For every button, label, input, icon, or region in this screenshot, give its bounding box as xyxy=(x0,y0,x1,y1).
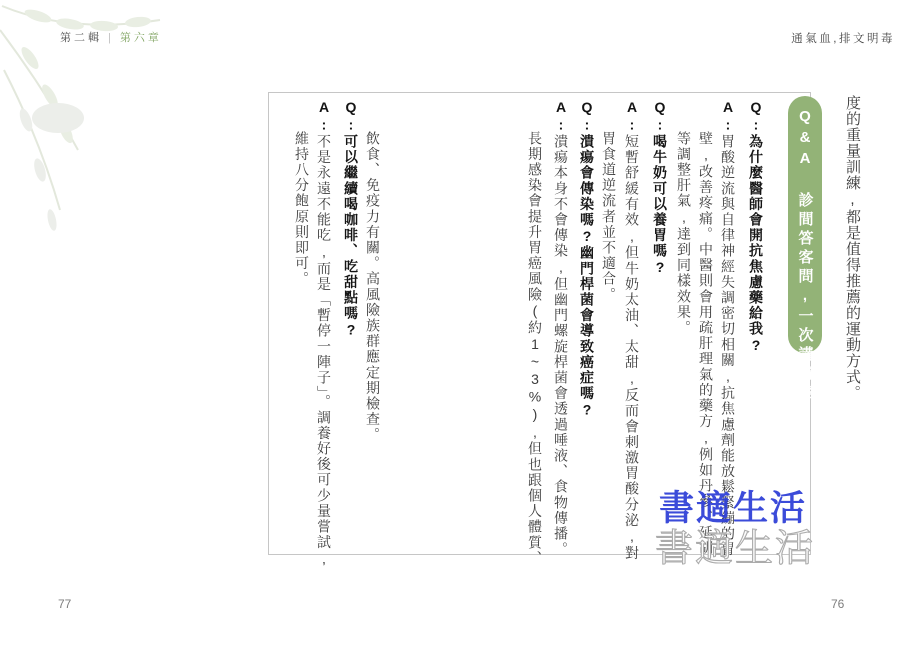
watermark-gray-outline: 書適生活 xyxy=(655,517,815,572)
qa1-answer-col3: 等調整肝氣,達到同樣效果。 xyxy=(675,131,693,336)
page-number-right: 76 xyxy=(831,597,844,611)
qa3-answer-prefix: A: xyxy=(553,99,569,134)
running-head-right: 通氣血,排文明毒 xyxy=(791,30,895,46)
running-head-left: 第二輯|第六章 xyxy=(60,29,162,45)
body-text-column: 度的重量訓練,都是值得推薦的運動方式。 xyxy=(842,95,862,401)
head-divider: | xyxy=(108,32,114,44)
qa3-answer-col1: A:潰瘍本身不會傳染,但幽門螺旋桿菌會透過唾液、食物傳播。 xyxy=(552,99,570,557)
qa2-answer-prefix: A: xyxy=(624,99,640,134)
qa3-answer-col2: 長期感染會提升胃癌風險(約1~3%),但也跟個人體質、 xyxy=(526,131,544,566)
qa2-answer-col1: A:短暫舒緩有效,但牛奶太油、太甜,反而會刺激胃酸分泌,對 xyxy=(623,99,641,561)
qa4-answer-text1: 不是永遠不能吃,而是「暫停一陣子」。調養好後可少量嘗試, xyxy=(316,134,332,568)
qa-badge: Q&A 診間答客問,一次講清楚 xyxy=(788,96,822,353)
qa3-answer-text1: 潰瘍本身不會傳染,但幽門螺旋桿菌會透過唾液、食物傳播。 xyxy=(553,134,569,557)
page-number-left: 77 xyxy=(58,597,71,611)
qa4-question: Q:可以繼續喝咖啡、吃甜點嗎? xyxy=(342,99,360,339)
qa4-answer-col1: A:不是永遠不能吃,而是「暫停一陣子」。調養好後可少量嘗試, xyxy=(315,99,333,568)
fern-leaf-decoration xyxy=(0,0,240,300)
qa1-answer-prefix: A: xyxy=(720,99,736,134)
volume-label: 第二輯 xyxy=(60,32,102,44)
qa4-answer-prefix: A: xyxy=(316,99,332,134)
qa1-question: Q:為什麼醫師會開抗焦慮藥給我? xyxy=(747,99,765,355)
qa2-answer-col2: 胃食道逆流者並不適合。 xyxy=(600,131,618,303)
qa4-answer-col2: 維持八分飽原則即可。 xyxy=(293,131,311,287)
qa3-answer-col3: 飲食、免疫力有關。高風險族群應定期檢查。 xyxy=(364,131,382,443)
qa2-question: Q:喝牛奶可以養胃嗎? xyxy=(651,99,669,277)
chapter-label: 第六章 xyxy=(120,32,162,44)
qa2-answer-text1: 短暫舒緩有效,但牛奶太油、太甜,反而會刺激胃酸分泌,對 xyxy=(624,134,640,561)
book-spread: 第二輯|第六章 通氣血,排文明毒 度的重量訓練,都是值得推薦的運動方式。 Q&A… xyxy=(0,0,917,651)
qa3-question: Q:潰瘍會傳染嗎?幽門桿菌會導致癌症嗎? xyxy=(578,99,596,419)
